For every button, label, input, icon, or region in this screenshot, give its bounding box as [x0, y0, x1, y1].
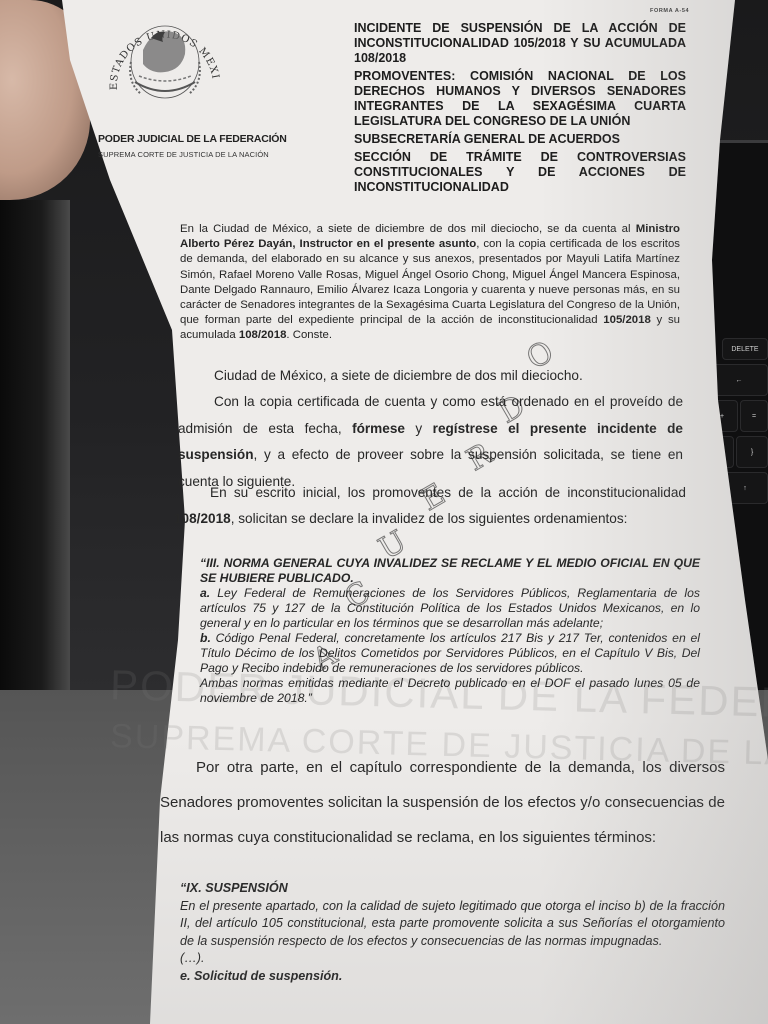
acuerdo-formese: fórmese: [352, 421, 405, 436]
quote2-ellipsis: (…).: [180, 950, 725, 968]
key-delete: DELETE: [722, 338, 768, 360]
acuerdo-paragraph-1: Ciudad de México, a siete de diciembre d…: [178, 363, 683, 495]
case-header: INCIDENTE DE SUSPENSIÓN DE LA ACCIÓN DE …: [354, 21, 686, 198]
laptop-edge-left: [0, 200, 70, 700]
subsecretaria: SUBSECRETARÍA GENERAL DE ACUERDOS: [354, 132, 686, 147]
quote1-heading: “III. NORMA GENERAL CUYA INVALIDEZ SE RE…: [200, 556, 700, 586]
quote2-subheading: e. Solicitud de suspensión.: [180, 968, 725, 986]
cuenta-text-4: . Conste.: [286, 329, 332, 341]
quote2-heading: “IX. SUSPENSIÓN: [180, 880, 725, 898]
item-b-label: b.: [200, 631, 211, 645]
quote1-item-a: a. Ley Federal de Remuneraciones de los …: [200, 586, 700, 631]
item-a-label: a.: [200, 586, 210, 600]
quote1-closing: Ambas normas emitidas mediante el Decret…: [200, 676, 700, 706]
case-title: INCIDENTE DE SUSPENSIÓN DE LA ACCIÓN DE …: [354, 21, 686, 66]
paragraph3-text: Por otra parte, en el capítulo correspon…: [160, 759, 725, 846]
acuerdo-date: Ciudad de México, a siete de diciembre d…: [214, 368, 583, 383]
quote-suspension: “IX. SUSPENSIÓN En el presente apartado,…: [180, 880, 725, 985]
quote2-body: En el presente apartado, con la calidad …: [180, 898, 725, 951]
cuenta-text-1: En la Ciudad de México, a siete de dicie…: [180, 223, 636, 235]
court-subtitle: SUPREMA CORTE DE JUSTICIA DE LA NACIÓN: [98, 150, 269, 159]
key-equals: =: [740, 400, 768, 432]
item-a-text: Ley Federal de Remuneraciones de los Ser…: [200, 586, 700, 630]
seccion: SECCIÓN DE TRÁMITE DE CONTROVERSIAS CONS…: [354, 150, 686, 195]
form-code: FORMA A-54: [650, 8, 689, 14]
cuenta-paragraph: En la Ciudad de México, a siete de dicie…: [180, 222, 680, 344]
cuenta-case-108: 108/2018: [239, 329, 287, 341]
cuenta-case-105: 105/2018: [603, 314, 651, 326]
acuerdo-p2-case: 108/2018: [174, 511, 231, 526]
key-brace-close: }: [736, 436, 768, 468]
national-seal-icon: ESTADOS UNIDOS MEXICANOS: [95, 2, 230, 117]
quote-norma-general: “III. NORMA GENERAL CUYA INVALIDEZ SE RE…: [200, 556, 700, 706]
item-b-text: Código Penal Federal, concretamente los …: [200, 631, 700, 675]
paragraph-suspension-request: Por otra parte, en el capítulo correspon…: [160, 750, 725, 855]
acuerdo-text-c: y: [405, 421, 433, 436]
quote1-item-b: b. Código Penal Federal, concretamente l…: [200, 631, 700, 676]
court-name: PODER JUDICIAL DE LA FEDERACIÓN: [98, 133, 287, 145]
acuerdo-p2-text-a: En su escrito inicial, los promoventes d…: [210, 485, 686, 500]
key-backspace: ←: [710, 364, 768, 396]
promoventes: PROMOVENTES: COMISIÓN NACIONAL DE LOS DE…: [354, 69, 686, 129]
